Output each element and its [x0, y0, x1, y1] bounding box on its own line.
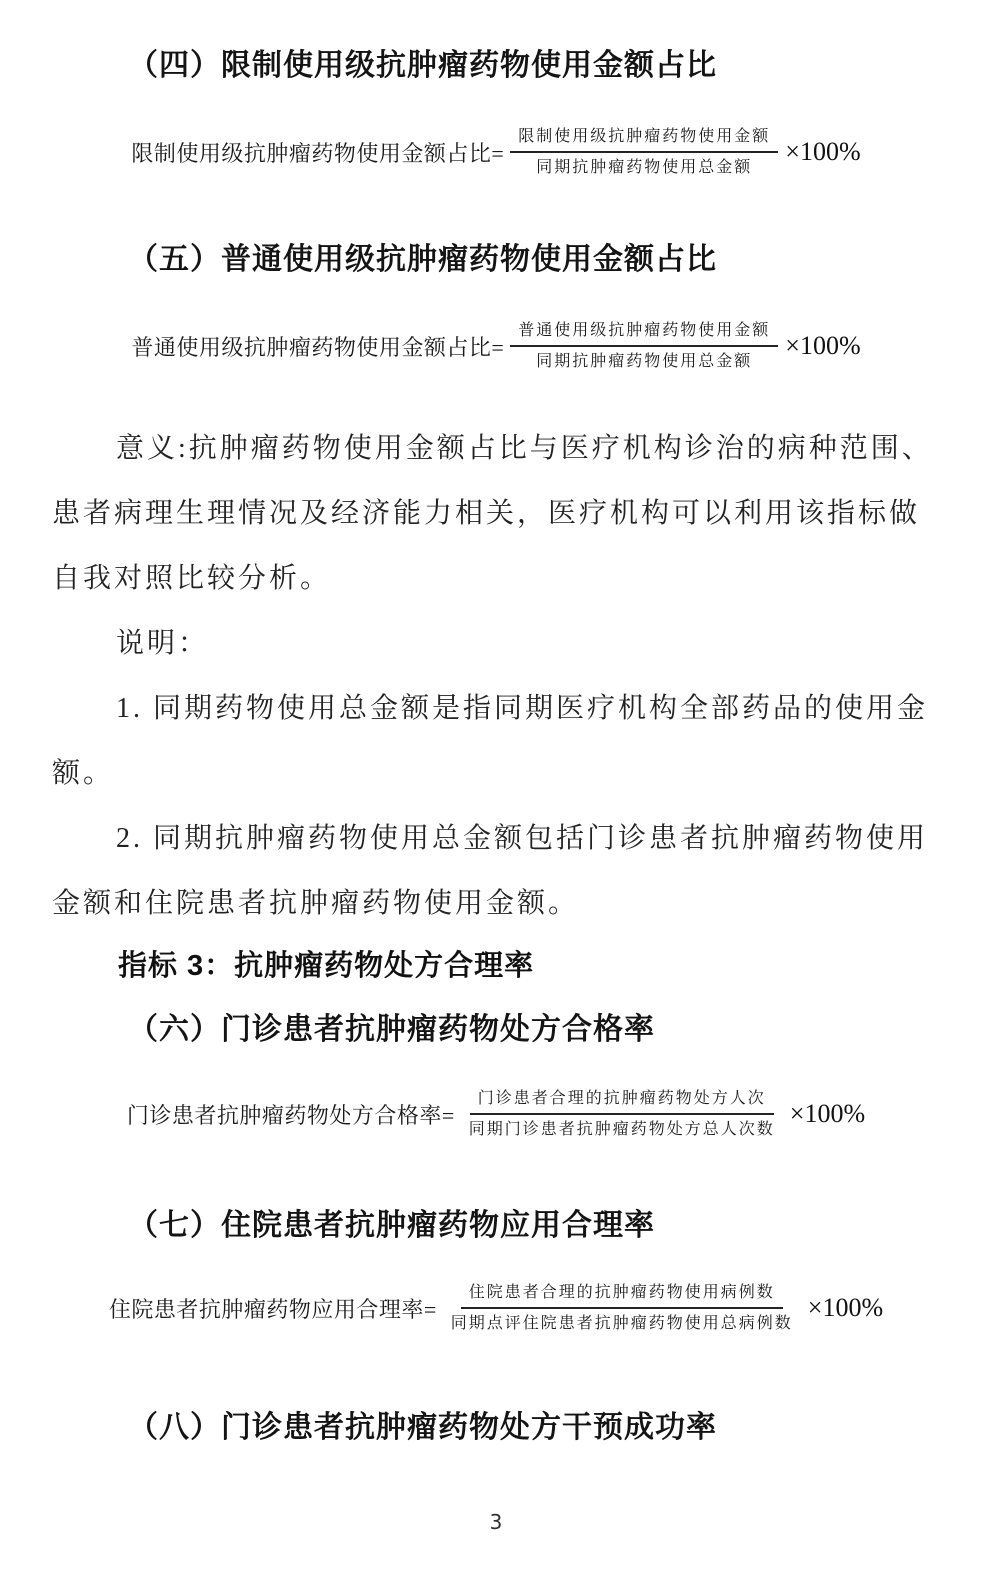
section-heading-6: （六）门诊患者抗肿瘤药物处方合格率: [52, 1008, 940, 1052]
formula-fraction: 门诊患者合理的抗肿瘤药物处方人次 同期门诊患者抗肿瘤药物处方总人次数: [461, 1086, 783, 1142]
paragraph-line: 自我对照比较分析。: [52, 546, 940, 611]
formula-denominator: 同期抗肿瘤药物使用总金额: [528, 347, 760, 374]
formula-multiplier: ×100%: [785, 137, 860, 167]
section-heading-5: （五）普通使用级抗肿瘤药物使用金额占比: [52, 238, 940, 282]
formula-fraction: 普通使用级抗肿瘤药物使用金额 同期抗肿瘤药物使用总金额: [510, 318, 778, 374]
formula-numerator: 住院患者合理的抗肿瘤药物使用病例数: [461, 1280, 783, 1309]
formula-numerator: 门诊患者合理的抗肿瘤药物处方人次: [470, 1086, 774, 1115]
note-1-line: 额。: [52, 741, 940, 806]
note-2-line: 2. 同期抗肿瘤药物使用总金额包括门诊患者抗肿瘤药物使用: [52, 806, 940, 871]
section-heading-8: （八）门诊患者抗肿瘤药物处方干预成功率: [52, 1406, 940, 1450]
notes-label: 说明：: [52, 611, 940, 676]
notes-section: 说明： 1. 同期药物使用总金额是指同期医疗机构全部药品的使用金 额。 2. 同…: [52, 611, 940, 936]
document-page: （四）限制使用级抗肿瘤药物使用金额占比 限制使用级抗肿瘤药物使用金额占比= 限制…: [0, 0, 992, 1579]
formula-lhs: 限制使用级抗肿瘤药物使用金额占比=: [131, 137, 504, 168]
meaning-paragraph: 意义:抗肿瘤药物使用金额占比与医疗机构诊治的病种范围、 患者病理生理情况及经济能…: [52, 416, 940, 611]
formula-denominator: 同期点评住院患者抗肿瘤药物使用总病例数: [443, 1309, 801, 1336]
formula-multiplier: ×100%: [785, 331, 860, 361]
paragraph-line: 患者病理生理情况及经济能力相关，医疗机构可以利用该指标做: [52, 481, 940, 546]
formula-fraction: 限制使用级抗肿瘤药物使用金额 同期抗肿瘤药物使用总金额: [510, 124, 778, 180]
page-number: 3: [0, 1510, 992, 1534]
indicator-3-heading: 指标 3：抗肿瘤药物处方合理率: [52, 936, 940, 996]
formula-lhs: 门诊患者抗肿瘤药物处方合格率=: [127, 1099, 455, 1130]
paragraph-line: 意义:抗肿瘤药物使用金额占比与医疗机构诊治的病种范围、: [52, 416, 940, 481]
formula-outpatient-prescription-qualified-rate: 门诊患者抗肿瘤药物处方合格率= 门诊患者合理的抗肿瘤药物处方人次 同期门诊患者抗…: [52, 1086, 940, 1142]
formula-denominator: 同期抗肿瘤药物使用总金额: [528, 153, 760, 180]
formula-restricted-usage-amount-ratio: 限制使用级抗肿瘤药物使用金额占比= 限制使用级抗肿瘤药物使用金额 同期抗肿瘤药物…: [52, 124, 940, 180]
formula-multiplier: ×100%: [808, 1293, 883, 1323]
formula-fraction: 住院患者合理的抗肿瘤药物使用病例数 同期点评住院患者抗肿瘤药物使用总病例数: [443, 1280, 801, 1336]
formula-numerator: 普通使用级抗肿瘤药物使用金额: [510, 318, 778, 347]
formula-lhs: 住院患者抗肿瘤药物应用合理率=: [109, 1293, 437, 1324]
formula-inpatient-rational-use-rate: 住院患者抗肿瘤药物应用合理率= 住院患者合理的抗肿瘤药物使用病例数 同期点评住院…: [52, 1280, 940, 1336]
formula-multiplier: ×100%: [790, 1099, 865, 1129]
formula-numerator: 限制使用级抗肿瘤药物使用金额: [510, 124, 778, 153]
note-1-line: 1. 同期药物使用总金额是指同期医疗机构全部药品的使用金: [52, 676, 940, 741]
formula-denominator: 同期门诊患者抗肿瘤药物处方总人次数: [461, 1115, 783, 1142]
section-heading-4: （四）限制使用级抗肿瘤药物使用金额占比: [52, 44, 940, 88]
formula-ordinary-usage-amount-ratio: 普通使用级抗肿瘤药物使用金额占比= 普通使用级抗肿瘤药物使用金额 同期抗肿瘤药物…: [52, 318, 940, 374]
note-2-line: 金额和住院患者抗肿瘤药物使用金额。: [52, 871, 940, 936]
section-heading-7: （七）住院患者抗肿瘤药物应用合理率: [52, 1204, 940, 1248]
formula-lhs: 普通使用级抗肿瘤药物使用金额占比=: [131, 331, 504, 362]
